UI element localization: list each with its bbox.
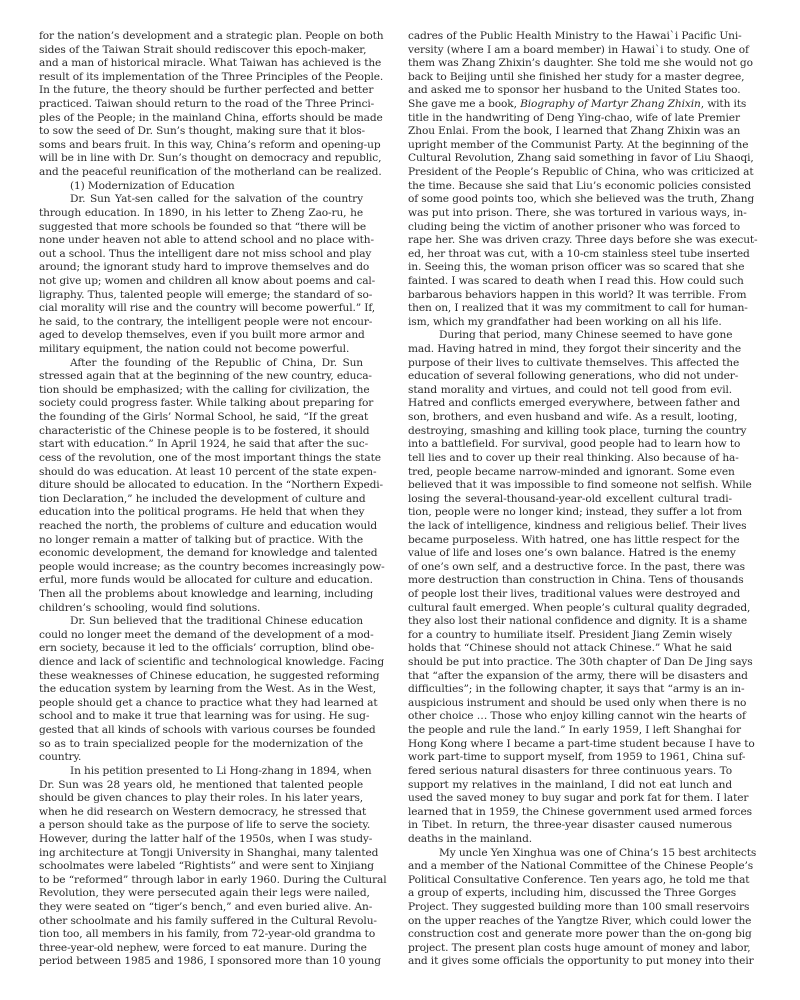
text-line: and a man of historical miracle. What Ta…: [39, 57, 363, 71]
text-line: in Tibet. In return, the three-year disa…: [408, 819, 732, 833]
text-line: of people lost their lives, traditional …: [408, 588, 732, 602]
text-line: back to Beijing until she finished her s…: [408, 71, 732, 85]
text-line: ern society, because it led to the offic…: [39, 642, 363, 656]
text-line: destroying, smashing and killing took pl…: [408, 425, 732, 439]
text-line: Revolution, they were persecuted again t…: [39, 887, 363, 901]
text-line: After the founding of the Republic of Ch…: [39, 357, 363, 371]
text-line: Project. They suggested building more th…: [408, 901, 732, 915]
text-line: Cultural Revolution, Zhang said somethin…: [408, 152, 732, 166]
text-line: diture should be allocated to education.…: [39, 479, 363, 493]
right-text-column: cadres of the Public Health Ministry to …: [408, 30, 732, 969]
text-line: versity (where I am a board member) in H…: [408, 44, 732, 58]
text-line: should be put into practice. The 30th ch…: [408, 656, 732, 670]
text-line: and asked me to sponsor her husband to t…: [408, 84, 732, 98]
text-line: result of its implementation of the Thre…: [39, 71, 363, 85]
text-line: purpose of their lives to cultivate them…: [408, 357, 732, 371]
text-line: stressed again that at the beginning of …: [39, 370, 363, 384]
text-line: military equipment, the nation could not…: [39, 343, 363, 357]
text-line: Zhou Enlai. From the book, I learned tha…: [408, 125, 732, 139]
text-line: deaths in the mainland.: [408, 833, 732, 847]
text-line: erful, more funds would be allocated for…: [39, 574, 363, 588]
text-line: tion, people were no longer kind; instea…: [408, 506, 732, 520]
left-text-column: for the nation’s development and a strat…: [39, 30, 363, 969]
text-line: of some good points too, which she belie…: [408, 193, 732, 207]
text-line: Political Consultative Conference. Ten y…: [408, 874, 732, 888]
text-line: gested that all kinds of schools with va…: [39, 724, 363, 738]
text-line: Hong Kong where I became a part-time stu…: [408, 738, 732, 752]
text-line: auspicious instrument and should be used…: [408, 697, 732, 711]
text-line: believed that it was impossible to find …: [408, 479, 732, 493]
text-line: tion too, all members in his family, fro…: [39, 928, 363, 942]
book-title: Biography of Martyr Zhang Zhixin: [520, 98, 701, 110]
text-line: school and to make it true that learning…: [39, 710, 363, 724]
text-line: characteristic of the Chinese people is …: [39, 425, 363, 439]
text-line: aged to develop themselves, even if you …: [39, 329, 363, 343]
text-line: ed, her throat was cut, with a 10-cm sta…: [408, 248, 732, 262]
text-line: fered serious natural disasters for thre…: [408, 765, 732, 779]
text-line: period between 1985 and 1986, I sponsore…: [39, 955, 363, 969]
text-line: other schoolmate and his family suffered…: [39, 915, 363, 929]
text-line: the founding of the Girls’ Normal School…: [39, 411, 363, 425]
text-fragment: , with its: [701, 98, 747, 110]
text-line: tion should be emphasized; with the call…: [39, 384, 363, 398]
text-line: construction cost and generate more powe…: [408, 928, 732, 942]
text-line: a group of experts, including him, discu…: [408, 887, 732, 901]
text-line: schoolmates were labeled “Rightists” and…: [39, 860, 363, 874]
text-line: became purposeless. With hatred, one has…: [408, 534, 732, 548]
text-line: people should get a chance to practice w…: [39, 697, 363, 711]
text-line: Dr. Sun was 28 years old, he mentioned t…: [39, 779, 363, 793]
text-line: cess of the revolution, one of the most …: [39, 452, 363, 466]
text-line: country.: [39, 751, 363, 765]
text-line: learned that in 1959, the Chinese govern…: [408, 806, 732, 820]
text-line: the time. Because she said that Liu’s ec…: [408, 180, 732, 194]
text-line: children’s schooling, would find solutio…: [39, 602, 363, 616]
text-line: should be given chances to play their ro…: [39, 792, 363, 806]
text-line: reached the north, the problems of cultu…: [39, 520, 363, 534]
text-line: suggested that more schools be founded s…: [39, 221, 363, 235]
text-line: to be “reformed” through labor in early …: [39, 874, 363, 888]
text-line: son, brothers, and even husband and wife…: [408, 411, 732, 425]
text-line: tred, people became narrow-minded and ig…: [408, 466, 732, 480]
text-line: economic development, the demand for kno…: [39, 547, 363, 561]
text-line: rape her. She was driven crazy. Three da…: [408, 234, 732, 248]
text-line: then on, I realized that it was my commi…: [408, 302, 732, 316]
text-line: the lack of intelligence, kindness and r…: [408, 520, 732, 534]
text-line: around; the ignorant study hard to impro…: [39, 261, 363, 275]
text-line: work part-time to support myself, from 1…: [408, 751, 732, 765]
text-line: education into the political programs. H…: [39, 506, 363, 520]
text-line: will be in line with Dr. Sun’s thought o…: [39, 152, 363, 166]
text-line: title in the handwriting of Deng Ying-ch…: [408, 112, 732, 126]
text-line: ing architecture at Tongji University in…: [39, 847, 363, 861]
text-line: the education system by learning from th…: [39, 683, 363, 697]
text-line: ples of the People; in the mainland Chin…: [39, 112, 363, 126]
text-line: the people and rule the land.” In early …: [408, 724, 732, 738]
text-line: when he did research on Western democrac…: [39, 806, 363, 820]
text-line: During that period, many Chinese seemed …: [408, 329, 732, 343]
text-line: My uncle Yen Xinghua was one of China’s …: [408, 847, 732, 861]
text-line: losing the several-thousand-year-old exc…: [408, 493, 732, 507]
text-line: Dr. Sun Yat-sen called for the salvation…: [39, 193, 363, 207]
text-line: none under heaven not able to attend sch…: [39, 234, 363, 248]
text-line: soms and bears fruit. In this way, China…: [39, 139, 363, 153]
text-line: cadres of the Public Health Ministry to …: [408, 30, 732, 44]
text-line: in. Seeing this, the woman prison office…: [408, 261, 732, 275]
text-fragment: She gave me a book,: [408, 98, 520, 110]
text-line: She gave me a book, Biography of Martyr …: [408, 98, 732, 112]
text-line: tion Declaration,” he included the devel…: [39, 493, 363, 507]
text-line: barbarous behaviors happen in this world…: [408, 289, 732, 303]
text-line: holds that “Chinese should not attack Ch…: [408, 642, 732, 656]
text-line: through education. In 1890, in his lette…: [39, 207, 363, 221]
text-line: President of the People’s Republic of Ch…: [408, 166, 732, 180]
text-line: not give up; women and children all know…: [39, 275, 363, 289]
text-line: three-year-old nephew, were forced to ea…: [39, 942, 363, 956]
text-line: was put into prison. There, she was tort…: [408, 207, 732, 221]
text-line: cial morality will rise and the country …: [39, 302, 363, 316]
text-line: no longer remain a matter of talking but…: [39, 534, 363, 548]
text-line: start with education.” In April 1924, he…: [39, 438, 363, 452]
text-line: support my relatives in the mainland, I …: [408, 779, 732, 793]
text-line: upright member of the Communist Party. A…: [408, 139, 732, 153]
text-line: sides of the Taiwan Strait should redisc…: [39, 44, 363, 58]
text-line: could no longer meet the demand of the d…: [39, 629, 363, 643]
text-line: that “after the expansion of the army, t…: [408, 670, 732, 684]
text-line: and a member of the National Committee o…: [408, 860, 732, 874]
text-line: Then all the problems about knowledge an…: [39, 588, 363, 602]
text-line: In the future, the theory should be furt…: [39, 84, 363, 98]
text-line: they were seated on “tiger’s bench,” and…: [39, 901, 363, 915]
text-line: them was Zhang Zhixin’s daughter. She to…: [408, 57, 732, 71]
text-line: so as to train specialized people for th…: [39, 738, 363, 752]
text-line: these weaknesses of Chinese education, h…: [39, 670, 363, 684]
text-line: into a battlefield. For survival, good p…: [408, 438, 732, 452]
text-line: out a school. Thus the intelligent dare …: [39, 248, 363, 262]
text-line: dience and lack of scientific and techno…: [39, 656, 363, 670]
text-line: a person should take as the purpose of l…: [39, 819, 363, 833]
text-line: they also lost their national confidence…: [408, 615, 732, 629]
text-line: stand morality and virtues, and could no…: [408, 384, 732, 398]
text-line: education of several following generatio…: [408, 370, 732, 384]
text-line: However, during the latter half of the 1…: [39, 833, 363, 847]
text-line: for a country to humiliate itself. Presi…: [408, 629, 732, 643]
text-line: other choice … Those who enjoy killing c…: [408, 710, 732, 724]
text-line: used the saved money to buy sugar and po…: [408, 792, 732, 806]
text-line: and it gives some officials the opportun…: [408, 955, 732, 969]
text-line: Dr. Sun believed that the traditional Ch…: [39, 615, 363, 629]
text-line: tell lies and to cover up their real thi…: [408, 452, 732, 466]
text-line: on the upper reaches of the Yangtze Rive…: [408, 915, 732, 929]
text-line: society could progress faster. While tal…: [39, 397, 363, 411]
text-line: mad. Having hatred in mind, they forgot …: [408, 343, 732, 357]
text-line: people would increase; as the country be…: [39, 561, 363, 575]
text-line: In his petition presented to Li Hong-zha…: [39, 765, 363, 779]
text-line: for the nation’s development and a strat…: [39, 30, 363, 44]
text-line: value of life and loses one’s own balanc…: [408, 547, 732, 561]
text-line: cultural fault emerged. When people’s cu…: [408, 602, 732, 616]
text-line: and the peaceful reunification of the mo…: [39, 166, 363, 180]
text-line: ligraphy. Thus, talented people will eme…: [39, 289, 363, 303]
text-line: practiced. Taiwan should return to the r…: [39, 98, 363, 112]
text-line: ism, which my grandfather had been worki…: [408, 316, 732, 330]
text-line: should do was education. At least 10 per…: [39, 466, 363, 480]
document-page: for the nation’s development and a strat…: [0, 0, 800, 1000]
text-line: project. The present plan costs huge amo…: [408, 942, 732, 956]
text-line: he said, to the contrary, the intelligen…: [39, 316, 363, 330]
text-line: difficulties”; in the following chapter,…: [408, 683, 732, 697]
text-line: more destruction than construction in Ch…: [408, 574, 732, 588]
text-line: of one’s own self, and a destructive for…: [408, 561, 732, 575]
text-line: to sow the seed of Dr. Sun’s thought, ma…: [39, 125, 363, 139]
text-line: cluding being the victim of another pris…: [408, 221, 732, 235]
text-line: Hatred and conflicts emerged everywhere,…: [408, 397, 732, 411]
text-line: fainted. I was scared to death when I re…: [408, 275, 732, 289]
section-heading: (1) Modernization of Education: [39, 180, 363, 194]
